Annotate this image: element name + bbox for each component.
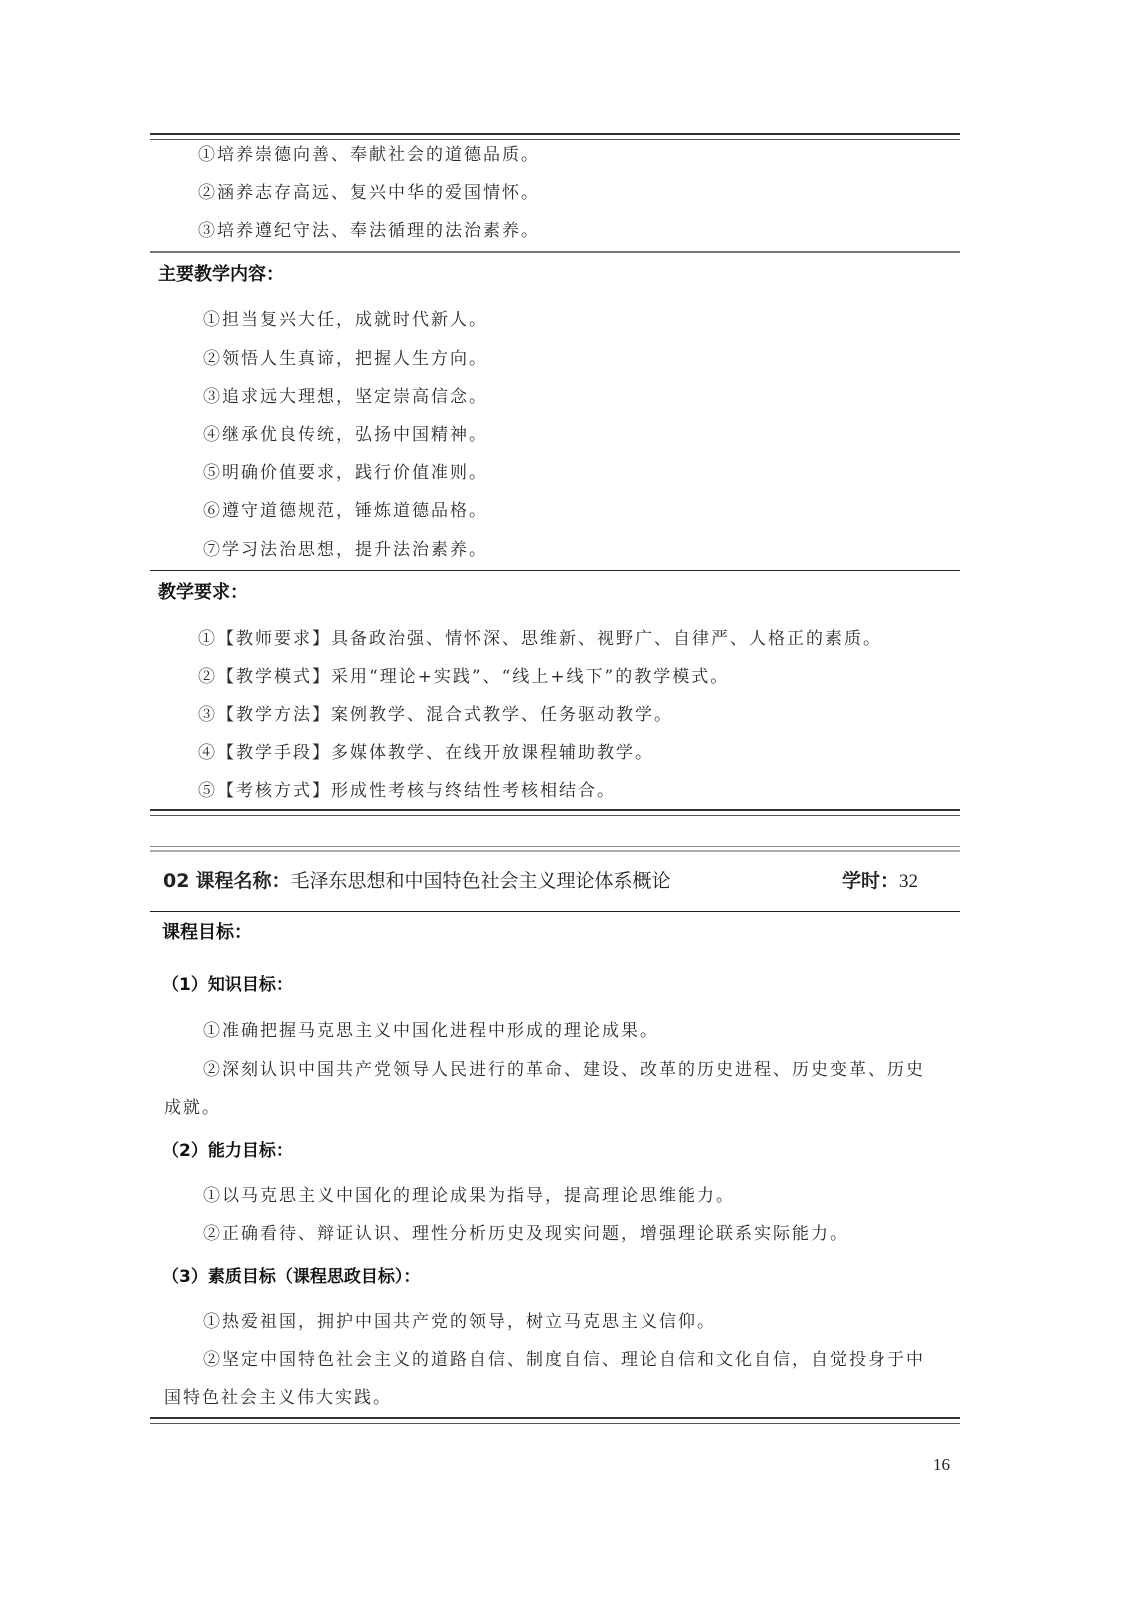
content-heading: 主要教学内容： — [158, 260, 284, 286]
course-end-rule — [150, 1417, 960, 1424]
content-item-3: ③追求远大理想，坚定崇高信念。 — [203, 382, 488, 407]
ability-item-2: ②正确看待、辩证认识、理性分析历史及现实问题，增强理论联系实际能力。 — [203, 1219, 849, 1244]
quality-goal-2: ②涵养志存高远、复兴中华的爱国情怀。 — [198, 178, 540, 203]
ability-heading: （2）能力目标： — [162, 1136, 293, 1161]
content-item-7: ⑦学习法治思想，提升法治素养。 — [203, 535, 488, 560]
quality-item-2-cont: 国特色社会主义伟大实践。 — [164, 1383, 392, 1408]
course-number: 02 — [163, 870, 189, 892]
knowledge-item-1: ①准确把握马克思主义中国化进程中形成的理论成果。 — [203, 1016, 659, 1041]
goals-heading: 课程目标： — [162, 918, 252, 944]
hours-value: 32 — [899, 871, 918, 892]
course-title: 02 课程名称：毛泽东思想和中国特色社会主义理论体系概论 — [163, 866, 671, 893]
course-name: 毛泽东思想和中国特色社会主义理论体系概论 — [291, 870, 671, 892]
section-divider — [150, 911, 960, 912]
top-rule — [150, 133, 960, 140]
section-divider — [150, 570, 960, 571]
content-item-5: ⑤明确价值要求，践行价值准则。 — [203, 458, 488, 483]
content-item-4: ④继承优良传统，弘扬中国精神。 — [203, 420, 488, 445]
requirement-1: ①【教师要求】具备政治强、情怀深、思维新、视野广、自律严、人格正的素质。 — [198, 624, 882, 649]
content-item-1: ①担当复兴大任，成就时代新人。 — [203, 305, 488, 330]
requirements-heading: 教学要求： — [158, 578, 248, 604]
requirement-4: ④【教学手段】多媒体教学、在线开放课程辅助教学。 — [198, 738, 654, 763]
course-hours: 学时：32 — [842, 866, 918, 893]
quality-item-1: ①热爱祖国，拥护中国共产党的领导，树立马克思主义信仰。 — [203, 1307, 716, 1332]
ability-item-1: ①以马克思主义中国化的理论成果为指导，提高理论思维能力。 — [203, 1181, 735, 1206]
content-item-6: ⑥遵守道德规范，锤炼道德品格。 — [203, 496, 488, 521]
course-top-rule — [150, 846, 960, 852]
page-number: 16 — [933, 1455, 950, 1475]
requirement-3: ③【教学方法】案例教学、混合式教学、任务驱动教学。 — [198, 700, 673, 725]
hours-label: 学时： — [842, 870, 899, 892]
quality-heading: （3）素质目标（课程思政目标）： — [162, 1262, 420, 1287]
knowledge-item-2-cont: 成就。 — [164, 1093, 221, 1118]
content-item-2: ②领悟人生真谛，把握人生方向。 — [203, 344, 488, 369]
knowledge-item-2: ②深刻认识中国共产党领导人民进行的革命、建设、改革的历史进程、历史变革、历史 — [203, 1055, 925, 1080]
quality-goal-3: ③培养遵纪守法、奉法循理的法治素养。 — [198, 216, 540, 241]
section-divider — [150, 251, 960, 253]
quality-goal-1: ①培养崇德向善、奉献社会的道德品质。 — [198, 140, 540, 165]
requirement-2: ②【教学模式】采用“理论+实践”、“线上+线下”的教学模式。 — [198, 662, 729, 687]
section-end-rule — [150, 809, 960, 816]
requirement-5: ⑤【考核方式】形成性考核与终结性考核相结合。 — [198, 776, 616, 801]
course-name-label: 课程名称： — [196, 870, 291, 892]
knowledge-heading: （1）知识目标： — [162, 970, 293, 995]
quality-item-2: ②坚定中国特色社会主义的道路自信、制度自信、理论自信和文化自信，自觉投身于中 — [203, 1345, 925, 1370]
